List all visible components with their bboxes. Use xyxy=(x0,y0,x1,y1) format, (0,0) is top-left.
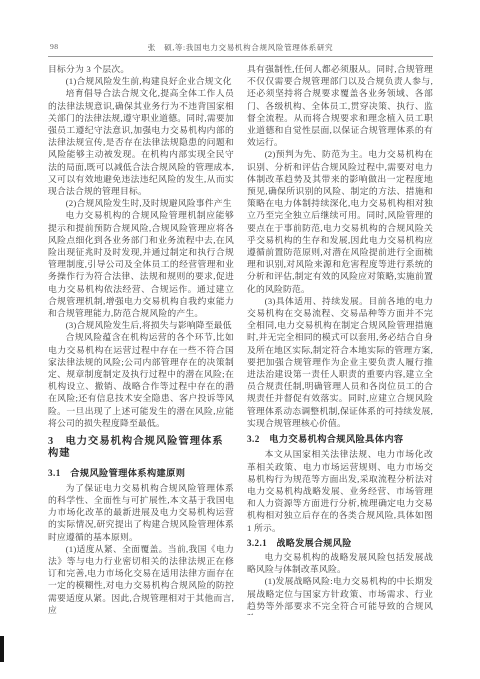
page-header: 98 张 硕,等:我国电力交易机构合规风险管理体系研究 xyxy=(48,40,433,57)
paragraph: (2)预判为先、防范为主。电力交易机构在识别、分析和评估合规风险过程中,需要对电… xyxy=(247,148,433,294)
paragraph: 电力交易机构的战略发展风险包括发展战略风险与体制改革风险。 xyxy=(247,551,433,575)
scan-artifact-mark xyxy=(0,636,4,662)
right-column: 具有强制性,任何人都必须服从。同时,合规管理不仅仅需要合规管理部门以及合规负责人… xyxy=(247,63,433,615)
subsection-heading: 3.1 合规风险管理体系构建原则 xyxy=(48,467,234,479)
paragraph-continuation: 目标分为 3 个层次。 xyxy=(48,63,234,75)
paragraph: (2)合规风险发生时,及时规避风险事件产生 xyxy=(48,197,234,209)
running-title: 张 硕,等:我国电力交易机构合规风险管理体系研究 xyxy=(48,42,433,53)
paragraph: (1)合规风险发生前,构建良好企业合规文化 xyxy=(48,75,234,87)
paragraph: (3)合规风险发生后,将损失与影响降至最低 xyxy=(48,319,234,331)
section-heading: 3 电力交易机构合规风险管理体系构建 xyxy=(48,436,234,460)
paragraph: 电力交易机构的合规风险管理机制应能够提示和提前预防合规风险,合规风险管理应将各风… xyxy=(48,209,234,319)
left-column: 目标分为 3 个层次。(1)合规风险发生前,构建良好企业合规文化培育倡导合法合规… xyxy=(48,63,234,615)
paragraph: (1)适度从紧、全面覆盖。当前,我国《电力法》等与电力行业密切相关的法律法规正在… xyxy=(48,543,234,615)
paragraph: (3)具体适用、持续发展。目前各地的电力交易机构在交易流程、交易品种等方面并不完… xyxy=(247,295,433,429)
subsection-heading: 3.2 电力交易机构合规风险具体内容 xyxy=(247,433,433,445)
paragraph: 合规风险蕴含在机构运营的各个环节,比如电力交易机构在运营过程中存在一些不符合国家… xyxy=(48,331,234,429)
paragraph: 培育倡导合法合规文化,提高全体工作人员的法律法规意识,确保其业务行为不违背国家相… xyxy=(48,87,234,197)
paragraph: 为了保证电力交易机构合规风险管理体系的科学性、全面性与可扩展性,本文基于我国电力… xyxy=(48,482,234,543)
subsubsection-heading: 3.2.1 战略发展合规风险 xyxy=(247,537,433,549)
paragraph: 本文从国家相关法律法规、电力市场化改革相关政策、电力市场运营规则、电力市场交易机… xyxy=(247,448,433,533)
page-body: 目标分为 3 个层次。(1)合规风险发生前,构建良好企业合规文化培育倡导合法合规… xyxy=(48,63,433,615)
document-page: 98 张 硕,等:我国电力交易机构合规风险管理体系研究 目标分为 3 个层次。(… xyxy=(0,0,480,679)
paragraph: (1)发展战略风险:电力交易机构的中长期发展战略定位与国家方针政策、市场需求、行… xyxy=(247,575,433,615)
paragraph-continuation: 具有强制性,任何人都必须服从。同时,合规管理不仅仅需要合规管理部门以及合规负责人… xyxy=(247,63,433,148)
